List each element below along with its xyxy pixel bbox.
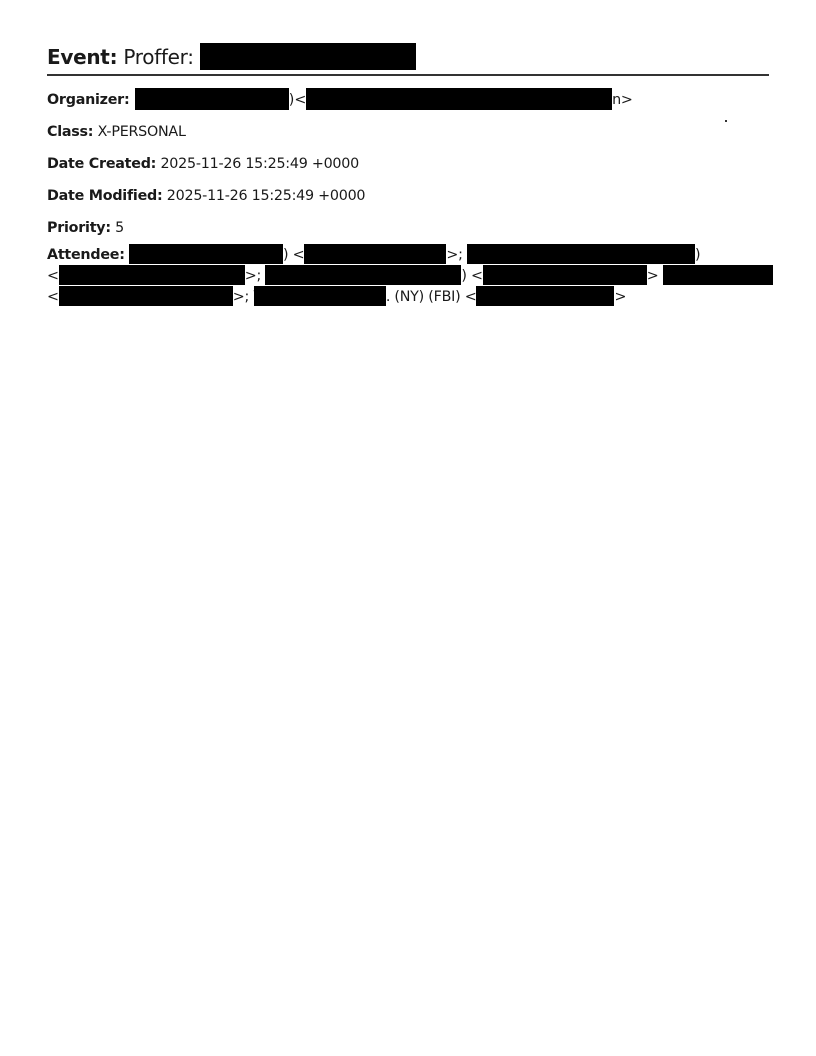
- event-title: Event: Proffer:: [47, 40, 769, 76]
- date-created-label: Date Created:: [47, 156, 156, 172]
- redaction-box-attendee-5-email: [476, 286, 614, 306]
- date-modified-label: Date Modified:: [47, 188, 162, 204]
- organizer-field: Organizer: ) <n>: [47, 88, 769, 111]
- event-label: Event:: [47, 45, 117, 69]
- redaction-box-organizer-email: [306, 88, 612, 110]
- organizer-open-angle: <: [294, 92, 306, 108]
- attendee-text: ): [695, 247, 700, 263]
- redaction-box-attendee-1-name: [129, 244, 283, 264]
- class-field: Class: X-PERSONAL: [47, 121, 769, 143]
- date-created-field: Date Created: 2025-11-26 15:25:49 +0000: [47, 153, 769, 175]
- stray-dot-mark: [725, 120, 727, 122]
- attendee-text: ) <: [283, 247, 304, 263]
- attendee-line-2: <>; ) <>: [47, 265, 769, 286]
- redaction-box-attendee-5-name: [254, 286, 386, 306]
- attendee-line-1: Attendee: ) <>; ): [47, 244, 769, 265]
- event-value-prefix: Proffer:: [123, 45, 193, 69]
- class-value: X-PERSONAL: [98, 124, 186, 140]
- redaction-box-event-title: [200, 43, 416, 70]
- attendee-text: >: [614, 289, 626, 305]
- redaction-box-attendee-2-name: [467, 244, 695, 264]
- organizer-email-tail: n>: [612, 92, 633, 108]
- organizer-label: Organizer:: [47, 92, 129, 108]
- redaction-box-organizer-name: [135, 88, 289, 110]
- redaction-box-attendee-3-name: [265, 265, 461, 285]
- attendee-text: >;: [245, 268, 261, 284]
- redaction-box-attendee-4-email: [59, 286, 233, 306]
- date-created-value: 2025-11-26 15:25:49 +0000: [160, 156, 359, 172]
- attendee-text: >: [647, 268, 659, 284]
- attendee-line-3: <>; Y. (NY) (FBI) <>: [47, 286, 769, 307]
- attendee-label: Attendee:: [47, 247, 125, 263]
- priority-field: Priority: 5: [47, 217, 769, 239]
- attendee-text: >;: [446, 247, 462, 263]
- redaction-box-attendee-2-email: [59, 265, 245, 285]
- class-label: Class:: [47, 124, 93, 140]
- attendee-text: . (NY) (FBI) <: [386, 289, 477, 305]
- redaction-box-attendee-1-email: [304, 244, 446, 264]
- redaction-box-attendee-4-name: [663, 265, 773, 285]
- priority-value: 5: [115, 220, 124, 236]
- attendee-field: Attendee: ) <>; ) <>; ) <> <>; Y. (NY) (…: [47, 244, 769, 307]
- attendee-text: ) <: [461, 268, 482, 284]
- date-modified-field: Date Modified: 2025-11-26 15:25:49 +0000: [47, 185, 769, 207]
- priority-label: Priority:: [47, 220, 111, 236]
- attendee-text: <: [47, 268, 59, 284]
- date-modified-value: 2025-11-26 15:25:49 +0000: [167, 188, 366, 204]
- attendee-text: <: [47, 289, 59, 305]
- event-document: Event: Proffer: Organizer: ) <n> Class: …: [47, 40, 769, 239]
- redaction-box-attendee-3-email: [483, 265, 647, 285]
